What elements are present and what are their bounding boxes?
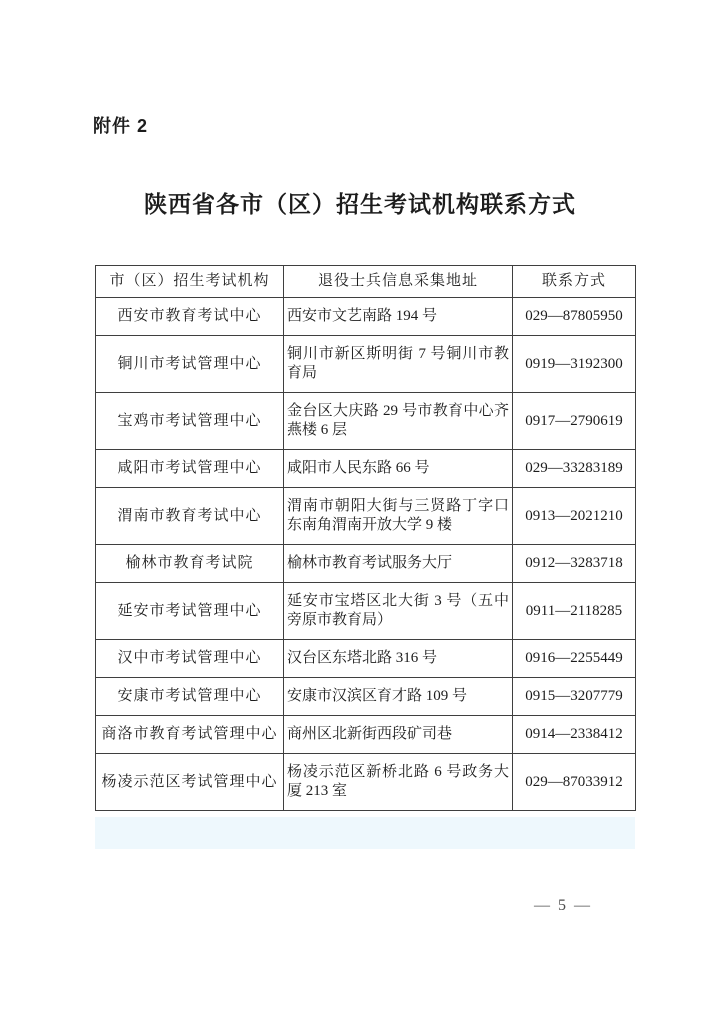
- address-cell: 铜川市新区斯明街 7 号铜川市教育局: [284, 336, 513, 393]
- column-header-address: 退役士兵信息采集地址: [284, 266, 513, 298]
- page-title: 陕西省各市（区）招生考试机构联系方式: [0, 186, 720, 219]
- column-header-org: 市（区）招生考试机构: [96, 266, 284, 298]
- address-cell: 商州区北新街西段矿司巷: [284, 716, 513, 754]
- table-row: 宝鸡市考试管理中心金台区大庆路 29 号市教育中心齐燕楼 6 层0917—279…: [96, 393, 636, 450]
- table-row: 商洛市教育考试管理中心商州区北新街西段矿司巷0914—2338412: [96, 716, 636, 754]
- address-cell: 榆林市教育考试服务大厅: [284, 545, 513, 583]
- phone-cell: 0919—3192300: [513, 336, 636, 393]
- org-cell: 商洛市教育考试管理中心: [96, 716, 284, 754]
- org-cell: 杨凌示范区考试管理中心: [96, 754, 284, 811]
- content-block: 市（区）招生考试机构 退役士兵信息采集地址 联系方式 西安市教育考试中心西安市文…: [95, 265, 635, 849]
- table-body: 西安市教育考试中心西安市文艺南路 194 号029—87805950铜川市考试管…: [96, 298, 636, 811]
- table-row: 安康市考试管理中心安康市汉滨区育才路 109 号0915—3207779: [96, 678, 636, 716]
- phone-cell: 0913—2021210: [513, 488, 636, 545]
- org-cell: 宝鸡市考试管理中心: [96, 393, 284, 450]
- address-cell: 汉台区东塔北路 316 号: [284, 640, 513, 678]
- column-header-phone: 联系方式: [513, 266, 636, 298]
- org-cell: 安康市考试管理中心: [96, 678, 284, 716]
- address-cell: 渭南市朝阳大街与三贤路丁字口东南角渭南开放大学 9 楼: [284, 488, 513, 545]
- table-row: 榆林市教育考试院榆林市教育考试服务大厅0912—3283718: [96, 545, 636, 583]
- org-cell: 渭南市教育考试中心: [96, 488, 284, 545]
- address-cell: 延安市宝塔区北大街 3 号（五中旁原市教育局）: [284, 583, 513, 640]
- phone-cell: 0916—2255449: [513, 640, 636, 678]
- highlight-strip: [95, 817, 635, 849]
- phone-cell: 029—33283189: [513, 450, 636, 488]
- phone-cell: 0915—3207779: [513, 678, 636, 716]
- phone-cell: 0914—2338412: [513, 716, 636, 754]
- org-cell: 榆林市教育考试院: [96, 545, 284, 583]
- phone-cell: 029—87805950: [513, 298, 636, 336]
- table-row: 铜川市考试管理中心铜川市新区斯明街 7 号铜川市教育局0919—3192300: [96, 336, 636, 393]
- org-cell: 延安市考试管理中心: [96, 583, 284, 640]
- phone-cell: 0917—2790619: [513, 393, 636, 450]
- page-number: — 5 —: [534, 897, 592, 915]
- phone-cell: 029—87033912: [513, 754, 636, 811]
- address-cell: 西安市文艺南路 194 号: [284, 298, 513, 336]
- table-header-row: 市（区）招生考试机构 退役士兵信息采集地址 联系方式: [96, 266, 636, 298]
- table-row: 咸阳市考试管理中心咸阳市人民东路 66 号029—33283189: [96, 450, 636, 488]
- table-row: 汉中市考试管理中心汉台区东塔北路 316 号0916—2255449: [96, 640, 636, 678]
- address-cell: 金台区大庆路 29 号市教育中心齐燕楼 6 层: [284, 393, 513, 450]
- contact-table: 市（区）招生考试机构 退役士兵信息采集地址 联系方式 西安市教育考试中心西安市文…: [95, 265, 636, 811]
- attachment-label: 附件 2: [93, 112, 148, 138]
- org-cell: 西安市教育考试中心: [96, 298, 284, 336]
- table-row: 渭南市教育考试中心渭南市朝阳大街与三贤路丁字口东南角渭南开放大学 9 楼0913…: [96, 488, 636, 545]
- address-cell: 安康市汉滨区育才路 109 号: [284, 678, 513, 716]
- phone-cell: 0911—2118285: [513, 583, 636, 640]
- phone-cell: 0912—3283718: [513, 545, 636, 583]
- table-row: 西安市教育考试中心西安市文艺南路 194 号029—87805950: [96, 298, 636, 336]
- org-cell: 铜川市考试管理中心: [96, 336, 284, 393]
- org-cell: 咸阳市考试管理中心: [96, 450, 284, 488]
- org-cell: 汉中市考试管理中心: [96, 640, 284, 678]
- table-row: 延安市考试管理中心延安市宝塔区北大街 3 号（五中旁原市教育局）0911—211…: [96, 583, 636, 640]
- address-cell: 杨凌示范区新桥北路 6 号政务大厦 213 室: [284, 754, 513, 811]
- address-cell: 咸阳市人民东路 66 号: [284, 450, 513, 488]
- table-row: 杨凌示范区考试管理中心杨凌示范区新桥北路 6 号政务大厦 213 室029—87…: [96, 754, 636, 811]
